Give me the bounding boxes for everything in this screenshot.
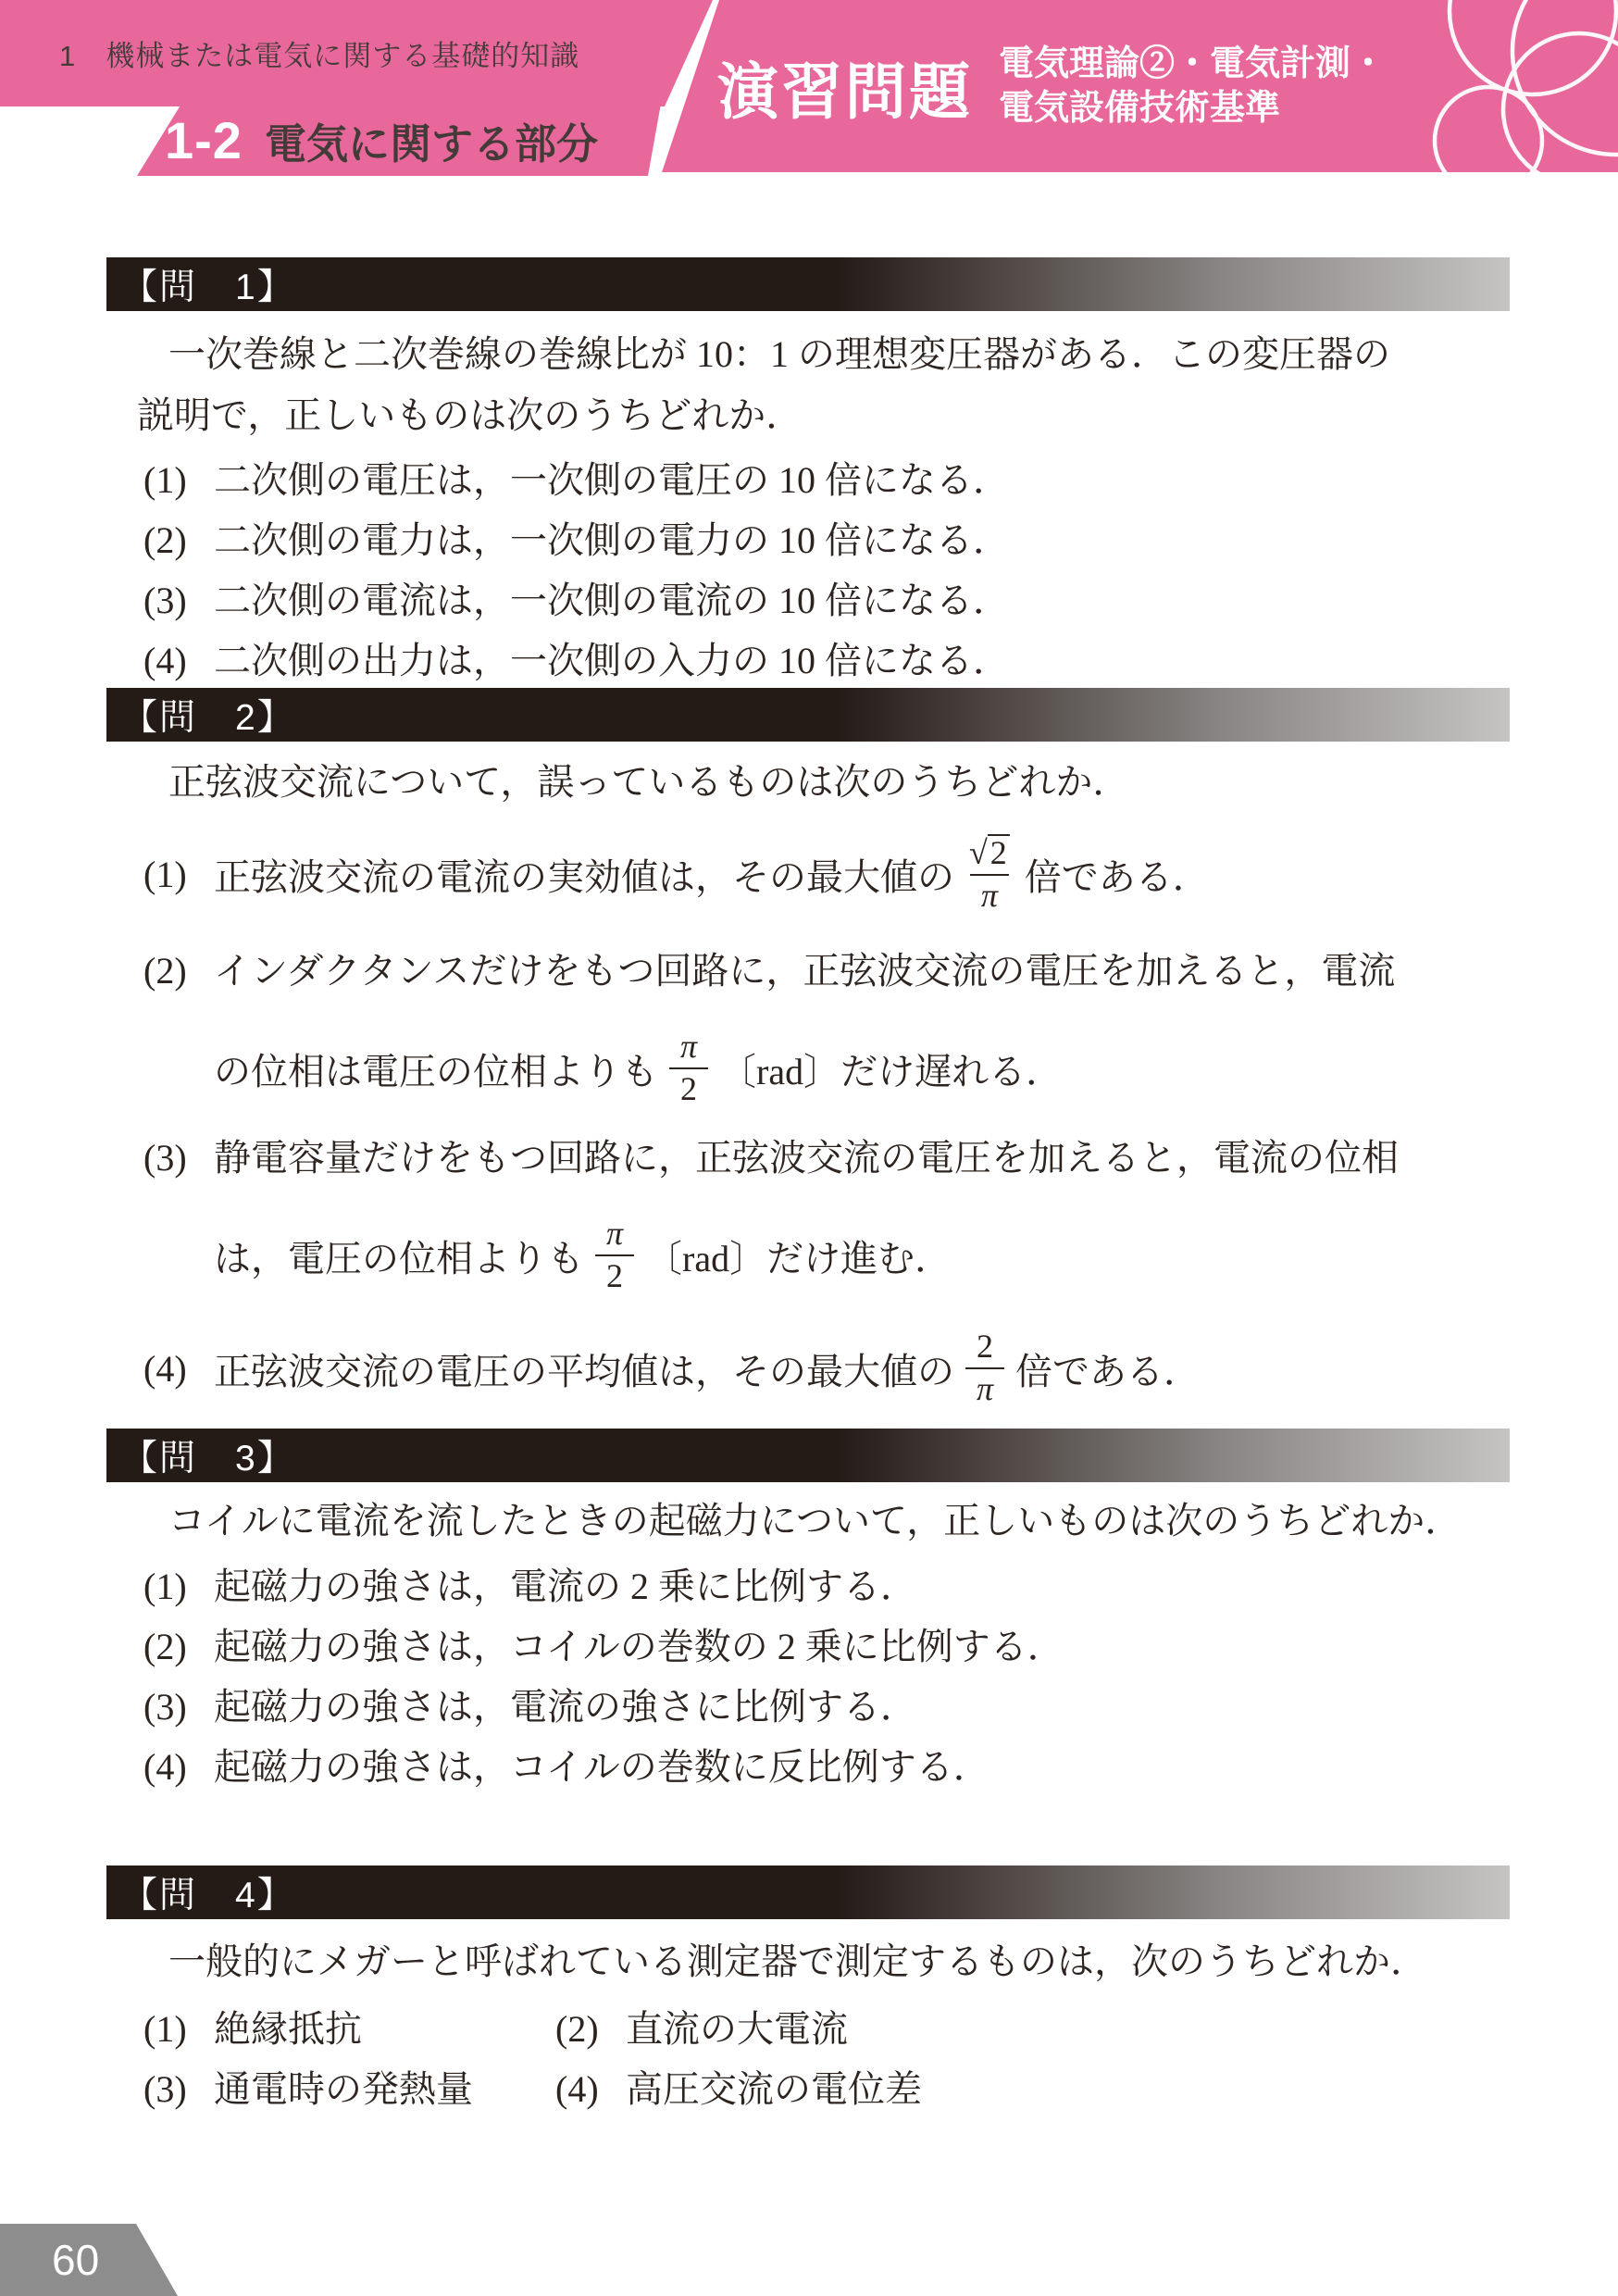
option-text-post: 倍である． xyxy=(1015,1342,1201,1395)
option-1: (1) 二次側の電圧は，一次側の電圧の 10 倍になる． xyxy=(143,450,1510,510)
problem-1-bar: 【問 1】 xyxy=(106,257,1510,311)
fraction-numerator: π xyxy=(603,1217,627,1254)
fraction-denominator: 2 xyxy=(595,1254,634,1294)
problem-1: 【問 1】 一次巻線と二次巻線の巻線比が 10：1 の理想変圧器がある．この変圧… xyxy=(106,257,1510,691)
option-4: (4) 高圧交流の電位差 xyxy=(555,2059,1510,2119)
problem-1-intro-text2: 説明で，正しいものは次のうちどれか． xyxy=(137,394,803,436)
option-text: インダクタンスだけをもつ回路に，正弦波交流の電圧を加えると，電流 xyxy=(214,945,1395,997)
problem-4-label: 【問 4】 xyxy=(121,1866,295,1918)
problem-4-bar: 【問 4】 xyxy=(106,1865,1510,1919)
option-text: 高圧交流の電位差 xyxy=(626,2059,922,2119)
page-number-tab: 60 xyxy=(0,2224,178,2296)
option-number: (1) xyxy=(143,853,190,896)
page-header: 1 機械または電気に関する基礎的知識 1-2 電気に関する部分 演習問題 電気理… xyxy=(0,0,1618,172)
exercise-subtitle-line1: 電気理論②・電気計測・ xyxy=(999,42,1386,86)
section-banner: 1-2 電気に関する部分 xyxy=(137,104,661,176)
chapter-banner: 1 機械または電気に関する基礎的知識 xyxy=(0,0,713,106)
fraction-numerator: 2 xyxy=(973,1329,997,1367)
problem-4-intro: 一般的にメガーと呼ばれている測定器で測定するものは，次のうちどれか． xyxy=(106,1936,1510,1988)
option-text: 静電容量だけをもつ回路に，正弦波交流の電圧を加えると，電流の位相 xyxy=(214,1132,1399,1184)
fraction: π 2 xyxy=(669,1029,708,1107)
option-number: (2) xyxy=(143,945,190,997)
option-1: (1) 起磁力の強さは，電流の 2 乗に比例する． xyxy=(143,1556,1510,1616)
exercise-subtitle: 電気理論②・電気計測・ 電気設備技術基準 xyxy=(999,42,1386,131)
option-4: (4) 起磁力の強さは，コイルの巻数に反比例する． xyxy=(143,1737,1510,1797)
problem-2-option-4: (4) 正弦波交流の電圧の平均値は，その最大値の 2 π 倍である． xyxy=(106,1319,1510,1417)
option-number: (4) xyxy=(143,1347,190,1391)
page-number: 60 xyxy=(52,2235,99,2285)
problem-4: 【問 4】 一般的にメガーと呼ばれている測定器で測定するものは，次のうちどれか．… xyxy=(106,1865,1510,2119)
problem-3: 【問 3】 コイルに電流を流したときの起磁力について，正しいものは次のうちどれか… xyxy=(106,1429,1510,1797)
option-text: は，電圧の位相よりも π 2 〔rad〕だけ進む． xyxy=(214,1217,952,1294)
fraction: 2 π xyxy=(965,1329,1004,1407)
option-1: (1) 絶縁抵抗 xyxy=(143,1999,555,2059)
problem-1-intro-text1: 一次巻線と二次巻線の巻線比が 10：1 の理想変圧器がある．この変圧器の xyxy=(168,333,1390,375)
option-text: 起磁力の強さは，コイルの巻数に反比例する． xyxy=(214,1737,990,1797)
option-number: (2) xyxy=(143,510,190,570)
option-text: 二次側の電流は，一次側の電流の 10 倍になる． xyxy=(214,570,1010,630)
problem-2-bar: 【問 2】 xyxy=(106,688,1510,742)
sqrt-sign: √ xyxy=(969,836,988,871)
option-number: (3) xyxy=(143,570,190,630)
option-text-pre: の位相は電圧の位相よりも xyxy=(214,1042,658,1095)
option-number: (2) xyxy=(555,1999,602,2059)
option-text-pre: 正弦波交流の電圧の平均値は，その最大値の xyxy=(214,1342,954,1395)
exercise-banner: 演習問題 電気理論②・電気計測・ 電気設備技術基準 xyxy=(653,0,1618,172)
option-text: の位相は電圧の位相よりも π 2 〔rad〕だけ遅れる． xyxy=(214,1029,1063,1107)
problem-2-option-2-line2: の位相は電圧の位相よりも π 2 〔rad〕だけ遅れる． xyxy=(106,1019,1510,1117)
option-text: 直流の大電流 xyxy=(626,1999,848,2059)
option-number: (3) xyxy=(143,2059,190,2119)
option-text: 起磁力の強さは，コイルの巻数の 2 乗に比例する． xyxy=(214,1616,1064,1677)
option-text: 起磁力の強さは，電流の強さに比例する． xyxy=(214,1677,917,1737)
section-title: 電気に関する部分 xyxy=(265,110,598,170)
option-number: (3) xyxy=(143,1132,190,1184)
option-number: (1) xyxy=(143,1999,190,2059)
option-text: 絶縁抵抗 xyxy=(214,1999,362,2059)
option-text: 正弦波交流の電流の実効値は，その最大値の √2 π 倍である． xyxy=(214,834,1210,914)
problem-3-bar: 【問 3】 xyxy=(106,1429,1510,1482)
problem-2-option-2-line1: (2) インダクタンスだけをもつ回路に，正弦波交流の電圧を加えると，電流 xyxy=(106,945,1510,997)
option-text-post: 〔rad〕だけ遅れる． xyxy=(719,1042,1063,1095)
problem-2-intro-text: 正弦波交流について，誤っているものは次のうちどれか． xyxy=(168,761,1129,803)
option-text-post: 〔rad〕だけ進む． xyxy=(645,1229,952,1282)
option-number: (4) xyxy=(143,1737,190,1797)
option-number: (4) xyxy=(555,2059,602,2119)
option-text: 起磁力の強さは，電流の 2 乗に比例する． xyxy=(214,1556,917,1616)
problem-1-options: (1) 二次側の電圧は，一次側の電圧の 10 倍になる． (2) 二次側の電力は… xyxy=(106,450,1510,691)
fraction-denominator: π xyxy=(970,874,1009,914)
fraction: π 2 xyxy=(595,1217,634,1294)
option-3: (3) 起磁力の強さは，電流の強さに比例する． xyxy=(143,1677,1510,1737)
problem-2: 【問 2】 正弦波交流について，誤っているものは次のうちどれか． (1) 正弦波… xyxy=(106,688,1510,1417)
exercise-title: 演習問題 xyxy=(717,43,973,131)
fraction-denominator: 2 xyxy=(669,1067,708,1107)
problem-3-options: (1) 起磁力の強さは，電流の 2 乗に比例する． (2) 起磁力の強さは，コイ… xyxy=(106,1556,1510,1797)
page: 1 機械または電気に関する基礎的知識 1-2 電気に関する部分 演習問題 電気理… xyxy=(0,0,1618,2296)
option-2: (2) 直流の大電流 xyxy=(555,1999,1510,2059)
problem-4-options: (1) 絶縁抵抗 (2) 直流の大電流 (3) 通電時の発熱量 (4) 高圧交流… xyxy=(106,1999,1510,2119)
problem-1-intro-line2: 説明で，正しいものは次のうちどれか． xyxy=(106,385,1510,446)
fraction-denominator: π xyxy=(965,1367,1004,1407)
problem-4-intro-text: 一般的にメガーと呼ばれている測定器で測定するものは，次のうちどれか． xyxy=(168,1940,1427,1982)
option-text-pre: は，電圧の位相よりも xyxy=(214,1229,584,1282)
problem-3-intro: コイルに電流を流したときの起磁力について，正しいものは次のうちどれか． xyxy=(106,1495,1510,1547)
option-text: 二次側の出力は，一次側の入力の 10 倍になる． xyxy=(214,630,1010,691)
chapter-title: 1 機械または電気に関する基礎的知識 xyxy=(59,32,579,74)
problem-3-label: 【問 3】 xyxy=(121,1429,295,1481)
option-4: (4) 二次側の出力は，一次側の入力の 10 倍になる． xyxy=(143,630,1510,691)
option-text-pre: 正弦波交流の電流の実効値は，その最大値の xyxy=(214,848,954,901)
exercise-subtitle-line2: 電気設備技術基準 xyxy=(999,86,1386,131)
option-text: 二次側の電力は，一次側の電力の 10 倍になる． xyxy=(214,510,1010,570)
option-number: (4) xyxy=(143,630,190,691)
option-text: 二次側の電圧は，一次側の電圧の 10 倍になる． xyxy=(214,450,1010,510)
section-number: 1-2 xyxy=(165,110,243,170)
problem-1-label: 【問 1】 xyxy=(121,258,295,310)
fraction-numerator: √2 xyxy=(965,834,1014,874)
option-number: (2) xyxy=(143,1616,190,1677)
problem-2-option-1: (1) 正弦波交流の電流の実効値は，その最大値の √2 π 倍である． xyxy=(106,825,1510,923)
problem-2-label: 【問 2】 xyxy=(121,689,295,741)
option-text: 正弦波交流の電圧の平均値は，その最大値の 2 π 倍である． xyxy=(214,1329,1201,1407)
option-text-post: 倍である． xyxy=(1025,848,1210,901)
problem-2-option-3-line1: (3) 静電容量だけをもつ回路に，正弦波交流の電圧を加えると，電流の位相 xyxy=(106,1132,1510,1184)
option-3: (3) 通電時の発熱量 xyxy=(143,2059,555,2119)
fraction-numerator: π xyxy=(677,1029,701,1067)
problem-1-intro-line1: 一次巻線と二次巻線の巻線比が 10：1 の理想変圧器がある．この変圧器の xyxy=(106,324,1510,385)
option-number: (3) xyxy=(143,1677,190,1737)
option-text: 通電時の発熱量 xyxy=(214,2059,473,2119)
fraction: √2 π xyxy=(965,834,1014,914)
problem-2-intro: 正弦波交流について，誤っているものは次のうちどれか． xyxy=(106,756,1510,808)
option-number: (1) xyxy=(143,450,190,510)
sqrt-value: 2 xyxy=(988,834,1010,871)
problem-3-intro-text: コイルに電流を流したときの起磁力について，正しいものは次のうちどれか． xyxy=(168,1500,1462,1541)
problem-2-option-3-line2: は，電圧の位相よりも π 2 〔rad〕だけ進む． xyxy=(106,1206,1510,1304)
option-number: (1) xyxy=(143,1556,190,1616)
option-2: (2) 起磁力の強さは，コイルの巻数の 2 乗に比例する． xyxy=(143,1616,1510,1677)
option-2: (2) 二次側の電力は，一次側の電力の 10 倍になる． xyxy=(143,510,1510,570)
option-3: (3) 二次側の電流は，一次側の電流の 10 倍になる． xyxy=(143,570,1510,630)
